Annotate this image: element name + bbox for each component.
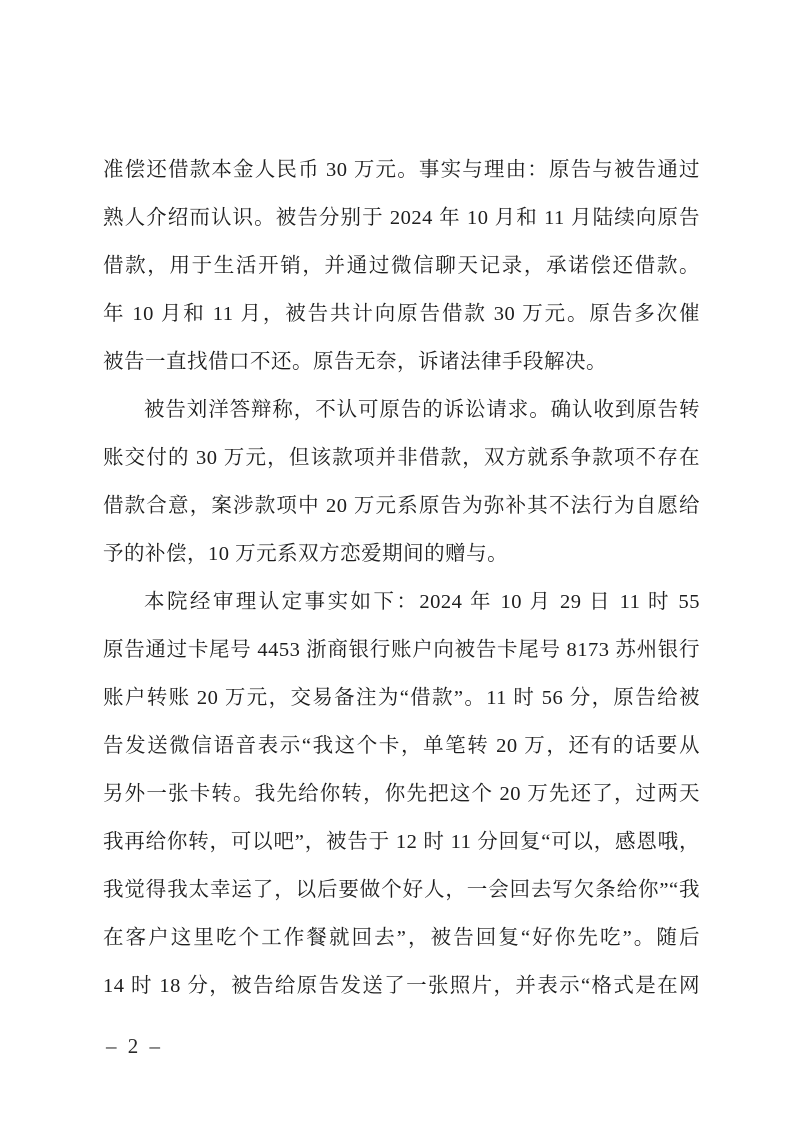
text-line: 被告一直找借口不还。原告无奈，诉诸法律手段解决。	[103, 338, 700, 386]
text-line: 借款，用于生活开销，并通过微信聊天记录，承诺偿还借款。2024	[103, 242, 700, 290]
text-line: 年 10 月和 11 月，被告共计向原告借款 30 万元。原告多次催讨，	[103, 290, 700, 338]
text-line: 被告刘洋答辩称，不认可原告的诉讼请求。确认收到原告转	[103, 386, 700, 434]
paragraph-court-findings: 本院经审理认定事实如下：2024 年 10 月 29 日 11 时 55 分， …	[103, 578, 700, 1010]
paragraph-defendant-reply: 被告刘洋答辩称，不认可原告的诉讼请求。确认收到原告转 账交付的 30 万元，但该…	[103, 386, 700, 578]
text-line: 账户转账 20 万元，交易备注为“借款”。11 时 56 分，原告给被	[103, 674, 700, 722]
text-line: 熟人介绍而认识。被告分别于 2024 年 10 月和 11 月陆续向原告	[103, 194, 700, 242]
text-line: 原告通过卡尾号 4453 浙商银行账户向被告卡尾号 8173 苏州银行	[103, 626, 700, 674]
text-line: 本院经审理认定事实如下：2024 年 10 月 29 日 11 时 55 分，	[103, 578, 700, 626]
paragraph-facts-and-reasons: 准偿还借款本金人民币 30 万元。事实与理由：原告与被告通过 熟人介绍而认识。被…	[103, 146, 700, 386]
text-line: 账交付的 30 万元，但该款项并非借款，双方就系争款项不存在	[103, 434, 700, 482]
document-page: 准偿还借款本金人民币 30 万元。事实与理由：原告与被告通过 熟人介绍而认识。被…	[0, 0, 800, 1131]
text-line: 我再给你转，可以吧”，被告于 12 时 11 分回复“可以，感恩哦，	[103, 818, 700, 866]
text-line: 14 时 18 分，被告给原告发送了一张照片，并表示“格式是在网	[103, 962, 700, 1010]
judgment-body-text: 准偿还借款本金人民币 30 万元。事实与理由：原告与被告通过 熟人介绍而认识。被…	[103, 146, 700, 1010]
page-number: – 2 –	[106, 1026, 163, 1066]
text-line: 另外一张卡转。我先给你转，你先把这个 20 万先还了，过两天	[103, 770, 700, 818]
text-line: 准偿还借款本金人民币 30 万元。事实与理由：原告与被告通过	[103, 146, 700, 194]
text-line: 借款合意，案涉款项中 20 万元系原告为弥补其不法行为自愿给	[103, 482, 700, 530]
text-line: 我觉得我太幸运了，以后要做个好人，一会回去写欠条给你”“我	[103, 866, 700, 914]
text-line: 告发送微信语音表示“我这个卡，单笔转 20 万，还有的话要从	[103, 722, 700, 770]
text-line: 予的补偿，10 万元系双方恋爱期间的赠与。	[103, 530, 700, 578]
text-line: 在客户这里吃个工作餐就回去”，被告回复“好你先吃”。随后	[103, 914, 700, 962]
